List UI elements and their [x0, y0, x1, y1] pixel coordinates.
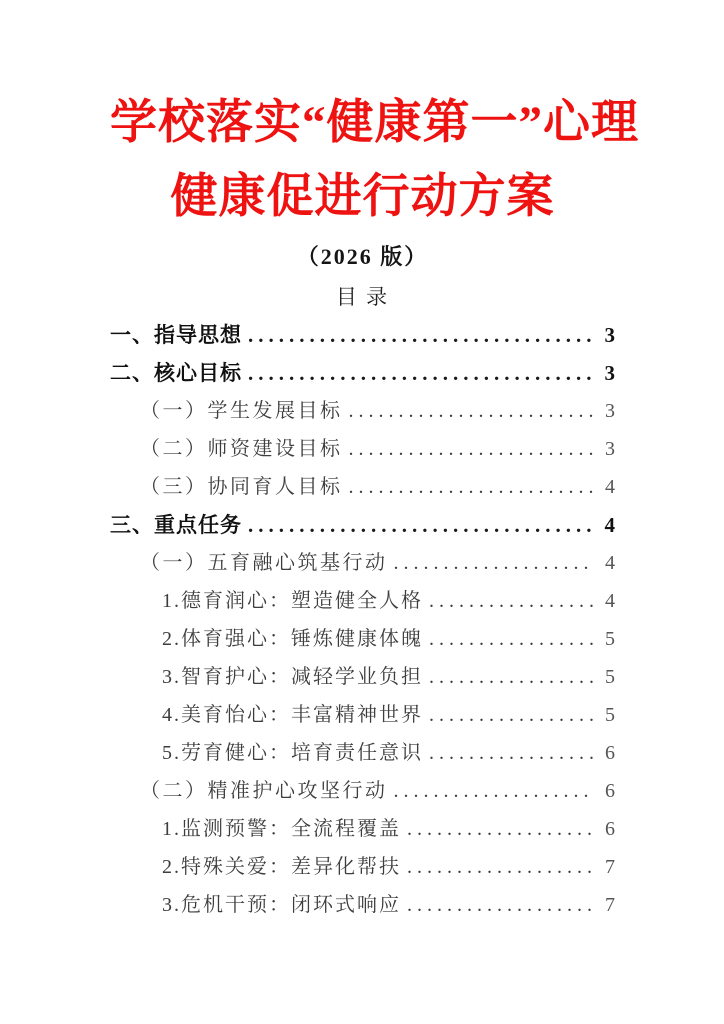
toc-entry-label: 2.特殊关爱：差异化帮扶: [162, 848, 401, 886]
toc-entry-page: 4: [599, 506, 615, 544]
toc-entry-page: 5: [599, 620, 615, 658]
toc-leader-dots: [349, 430, 594, 468]
toc-entry-page: 6: [599, 734, 615, 772]
toc-entry[interactable]: （一）五育融心筑基行动 4: [110, 544, 615, 582]
toc-entry-label: （一）学生发展目标: [140, 392, 343, 430]
toc-entry[interactable]: 三、重点任务 4: [110, 506, 615, 544]
toc-entry[interactable]: （三）协同育人目标 4: [110, 468, 615, 506]
toc-entry-label: 二、核心目标: [110, 354, 242, 392]
toc-entry-page: 6: [599, 810, 615, 848]
toc-entry[interactable]: 3.危机干预：闭环式响应 7: [110, 886, 615, 924]
toc-entry[interactable]: 1.监测预警：全流程覆盖 6: [110, 810, 615, 848]
toc-entry[interactable]: 二、核心目标 3: [110, 354, 615, 392]
toc-leader-dots: [394, 772, 594, 810]
toc-entry[interactable]: （二）精准护心攻坚行动 6: [110, 772, 615, 810]
toc-entry-label: （二）师资建设目标: [140, 430, 343, 468]
toc-entry[interactable]: 3.智育护心：减轻学业负担 5: [110, 658, 615, 696]
toc-entry-page: 6: [599, 772, 615, 810]
toc-leader-dots: [407, 886, 593, 924]
document-title: 学校落实“健康第一”心理 健康促进行动方案: [110, 86, 615, 234]
toc-entry-label: 1.监测预警：全流程覆盖: [162, 810, 401, 848]
toc-entry-label: 4.美育怡心：丰富精神世界: [162, 696, 423, 734]
toc-entry-page: 7: [599, 886, 615, 924]
toc-leader-dots: [407, 810, 593, 848]
toc-entry-page: 3: [599, 392, 615, 430]
toc-entry-label: （一）五育融心筑基行动: [140, 544, 388, 582]
toc-leader-dots: [349, 468, 594, 506]
toc-entry-label: 三、重点任务: [110, 506, 242, 544]
toc-leader-dots: [429, 658, 593, 696]
toc-entry-label: （三）协同育人目标: [140, 468, 343, 506]
document-title-line2: 健康促进行动方案: [110, 160, 615, 234]
toc-entry-page: 4: [599, 582, 615, 620]
toc-heading: 目 录: [110, 282, 615, 312]
toc-entry[interactable]: 5.劳育健心：培育责任意识 6: [110, 734, 615, 772]
toc-entry-page: 3: [599, 354, 615, 392]
document-page: 学校落实“健康第一”心理 健康促进行动方案 （2026 版） 目 录 一、指导思…: [0, 0, 724, 1024]
toc-entry[interactable]: 4.美育怡心：丰富精神世界 5: [110, 696, 615, 734]
toc-leader-dots: [349, 392, 594, 430]
toc-entry-label: （二）精准护心攻坚行动: [140, 772, 388, 810]
toc-entry[interactable]: 一、指导思想 3: [110, 316, 615, 354]
toc-entry-page: 7: [599, 848, 615, 886]
toc-entry[interactable]: （一）学生发展目标 3: [110, 392, 615, 430]
toc-list: 一、指导思想 3 二、核心目标 3 （一）学生发展目标 3 （二）师资建设目标 …: [110, 316, 615, 924]
toc-leader-dots: [429, 620, 593, 658]
toc-entry-page: 5: [599, 658, 615, 696]
toc-leader-dots: [429, 582, 593, 620]
toc-entry-page: 4: [599, 468, 615, 506]
toc-entry-page: 5: [599, 696, 615, 734]
document-version: （2026 版）: [110, 242, 615, 272]
toc-entry[interactable]: 1.德育润心：塑造健全人格 4: [110, 582, 615, 620]
toc-entry-label: 1.德育润心：塑造健全人格: [162, 582, 423, 620]
document-title-line1: 学校落实“健康第一”心理: [110, 86, 615, 160]
toc-entry-page: 3: [599, 430, 615, 468]
toc-entry[interactable]: 2.特殊关爱：差异化帮扶 7: [110, 848, 615, 886]
toc-leader-dots: [429, 696, 593, 734]
toc-entry-label: 3.智育护心：减轻学业负担: [162, 658, 423, 696]
toc-leader-dots: [248, 506, 593, 544]
toc-entry-label: 3.危机干预：闭环式响应: [162, 886, 401, 924]
toc-entry[interactable]: （二）师资建设目标 3: [110, 430, 615, 468]
toc-leader-dots: [407, 848, 593, 886]
toc-entry-label: 一、指导思想: [110, 316, 242, 354]
toc-leader-dots: [394, 544, 594, 582]
toc-entry[interactable]: 2.体育强心：锤炼健康体魄 5: [110, 620, 615, 658]
toc-entry-page: 3: [599, 316, 615, 354]
toc-entry-label: 2.体育强心：锤炼健康体魄: [162, 620, 423, 658]
toc-leader-dots: [248, 354, 593, 392]
toc-leader-dots: [248, 316, 593, 354]
toc-entry-label: 5.劳育健心：培育责任意识: [162, 734, 423, 772]
toc-leader-dots: [429, 734, 593, 772]
toc-entry-page: 4: [599, 544, 615, 582]
